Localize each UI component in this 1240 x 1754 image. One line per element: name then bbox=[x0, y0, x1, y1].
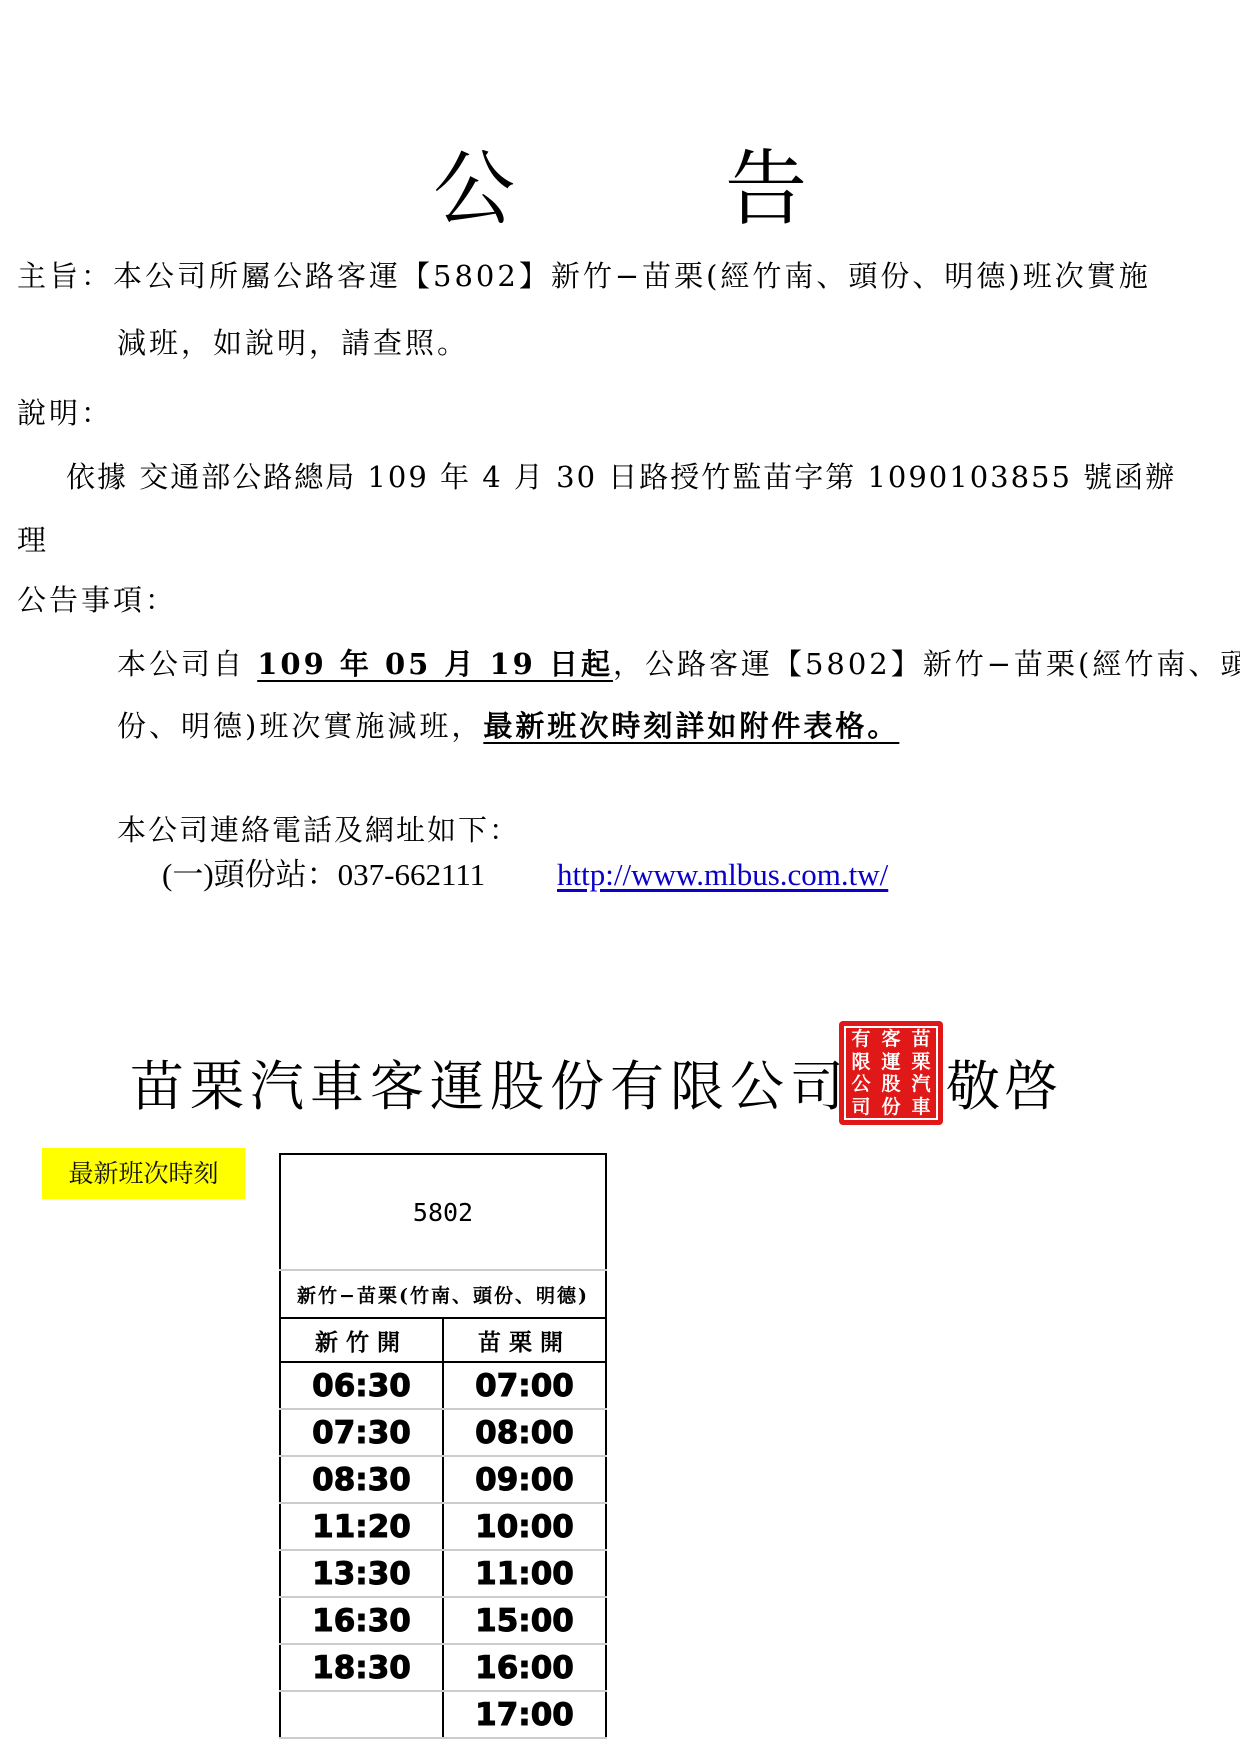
route-number: 5802 bbox=[280, 1154, 606, 1270]
seal-char: 公 bbox=[846, 1073, 876, 1096]
subject-label: 主旨： bbox=[17, 259, 113, 293]
notice-line2-prefix: 份、明德)班次實施減班， bbox=[117, 709, 483, 743]
website-link[interactable]: http://www.mlbus.com.tw/ bbox=[557, 855, 888, 895]
seal-char: 客 bbox=[876, 1028, 906, 1051]
subject-line-1: 主旨：本公司所屬公路客運【5802】新竹−苗栗(經竹南、頭份、明德)班次實施 bbox=[17, 256, 1151, 296]
departure-miaoli: 16:00 bbox=[443, 1644, 606, 1691]
departure-miaoli: 07:00 bbox=[443, 1362, 606, 1409]
company-name: 苗栗汽車客運股份有限公司 bbox=[130, 1052, 850, 1122]
seal-char: 栗 bbox=[906, 1051, 936, 1074]
departure-miaoli: 09:00 bbox=[443, 1456, 606, 1503]
seal-char: 運 bbox=[876, 1051, 906, 1074]
explanation-line-2: 理 bbox=[17, 520, 49, 560]
table-row: 07:3008:00 bbox=[280, 1409, 606, 1456]
contact-station: (一)頭份站：037-662111 bbox=[162, 855, 485, 895]
column-header-hsinchu: 新竹開 bbox=[280, 1318, 443, 1362]
page-title: 公告 bbox=[0, 140, 1240, 240]
departure-hsinchu bbox=[280, 1691, 443, 1738]
seal-char: 車 bbox=[906, 1096, 936, 1119]
closing-text: 敬啓 bbox=[946, 1052, 1062, 1122]
title-char-1: 公 bbox=[433, 140, 515, 240]
departure-hsinchu: 08:30 bbox=[280, 1456, 443, 1503]
company-seal-icon: 苗 栗 汽 車 客 運 股 份 有 限 公 司 bbox=[839, 1021, 943, 1125]
table-row: 06:3007:00 bbox=[280, 1362, 606, 1409]
notice-emphasis: 最新班次時刻詳如附件表格。 bbox=[483, 709, 899, 743]
departure-miaoli: 15:00 bbox=[443, 1597, 606, 1644]
seal-char: 苗 bbox=[906, 1028, 936, 1051]
departure-hsinchu: 16:30 bbox=[280, 1597, 443, 1644]
effective-date: 109 年 05 月 19 日起 bbox=[257, 647, 613, 681]
table-row: 16:3015:00 bbox=[280, 1597, 606, 1644]
table-row: 18:3016:00 bbox=[280, 1644, 606, 1691]
notice-prefix: 本公司自 bbox=[117, 647, 257, 681]
notice-line-2: 份、明德)班次實施減班，最新班次時刻詳如附件表格。 bbox=[117, 706, 899, 746]
departure-miaoli: 08:00 bbox=[443, 1409, 606, 1456]
seal-char: 汽 bbox=[906, 1073, 936, 1096]
departure-hsinchu: 06:30 bbox=[280, 1362, 443, 1409]
subject-line-2: 減班，如說明，請查照。 bbox=[117, 323, 469, 363]
notice-line-1: 本公司自 109 年 05 月 19 日起，公路客運【5802】新竹−苗栗(經竹… bbox=[117, 644, 1240, 684]
table-row: 13:3011:00 bbox=[280, 1550, 606, 1597]
departure-hsinchu: 11:20 bbox=[280, 1503, 443, 1550]
departure-hsinchu: 13:30 bbox=[280, 1550, 443, 1597]
explanation-label: 說明： bbox=[17, 393, 113, 433]
departure-miaoli: 11:00 bbox=[443, 1550, 606, 1597]
seal-char: 有 bbox=[846, 1028, 876, 1051]
column-header-miaoli: 苗栗開 bbox=[443, 1318, 606, 1362]
schedule-table: 5802 新竹−苗栗(竹南、頭份、明德) 新竹開 苗栗開 06:3007:00 … bbox=[279, 1153, 607, 1739]
latest-schedule-badge: 最新班次時刻 bbox=[42, 1148, 245, 1199]
departure-miaoli: 10:00 bbox=[443, 1503, 606, 1550]
seal-char: 份 bbox=[876, 1096, 906, 1119]
contact-intro: 本公司連絡電話及網址如下： bbox=[117, 810, 520, 850]
seal-char: 限 bbox=[846, 1051, 876, 1074]
seal-char: 司 bbox=[846, 1096, 876, 1119]
table-row: 11:2010:00 bbox=[280, 1503, 606, 1550]
table-row: 08:3009:00 bbox=[280, 1456, 606, 1503]
subject-text: 本公司所屬公路客運【5802】新竹−苗栗(經竹南、頭份、明德)班次實施 bbox=[113, 259, 1151, 293]
title-char-2: 告 bbox=[725, 140, 807, 240]
departure-miaoli: 17:00 bbox=[443, 1691, 606, 1738]
route-name: 新竹−苗栗(竹南、頭份、明德) bbox=[280, 1270, 606, 1318]
table-row: 17:00 bbox=[280, 1691, 606, 1738]
seal-char: 股 bbox=[876, 1073, 906, 1096]
table-header-row: 新竹開 苗栗開 bbox=[280, 1318, 606, 1362]
notice-suffix: ，公路客運【5802】新竹−苗栗(經竹南、頭 bbox=[613, 647, 1240, 681]
explanation-line-1: 依據 交通部公路總局 109 年 4 月 30 日路授竹監苗字第 1090103… bbox=[66, 457, 1176, 497]
notice-label: 公告事項： bbox=[17, 580, 177, 620]
departure-hsinchu: 07:30 bbox=[280, 1409, 443, 1456]
departure-hsinchu: 18:30 bbox=[280, 1644, 443, 1691]
